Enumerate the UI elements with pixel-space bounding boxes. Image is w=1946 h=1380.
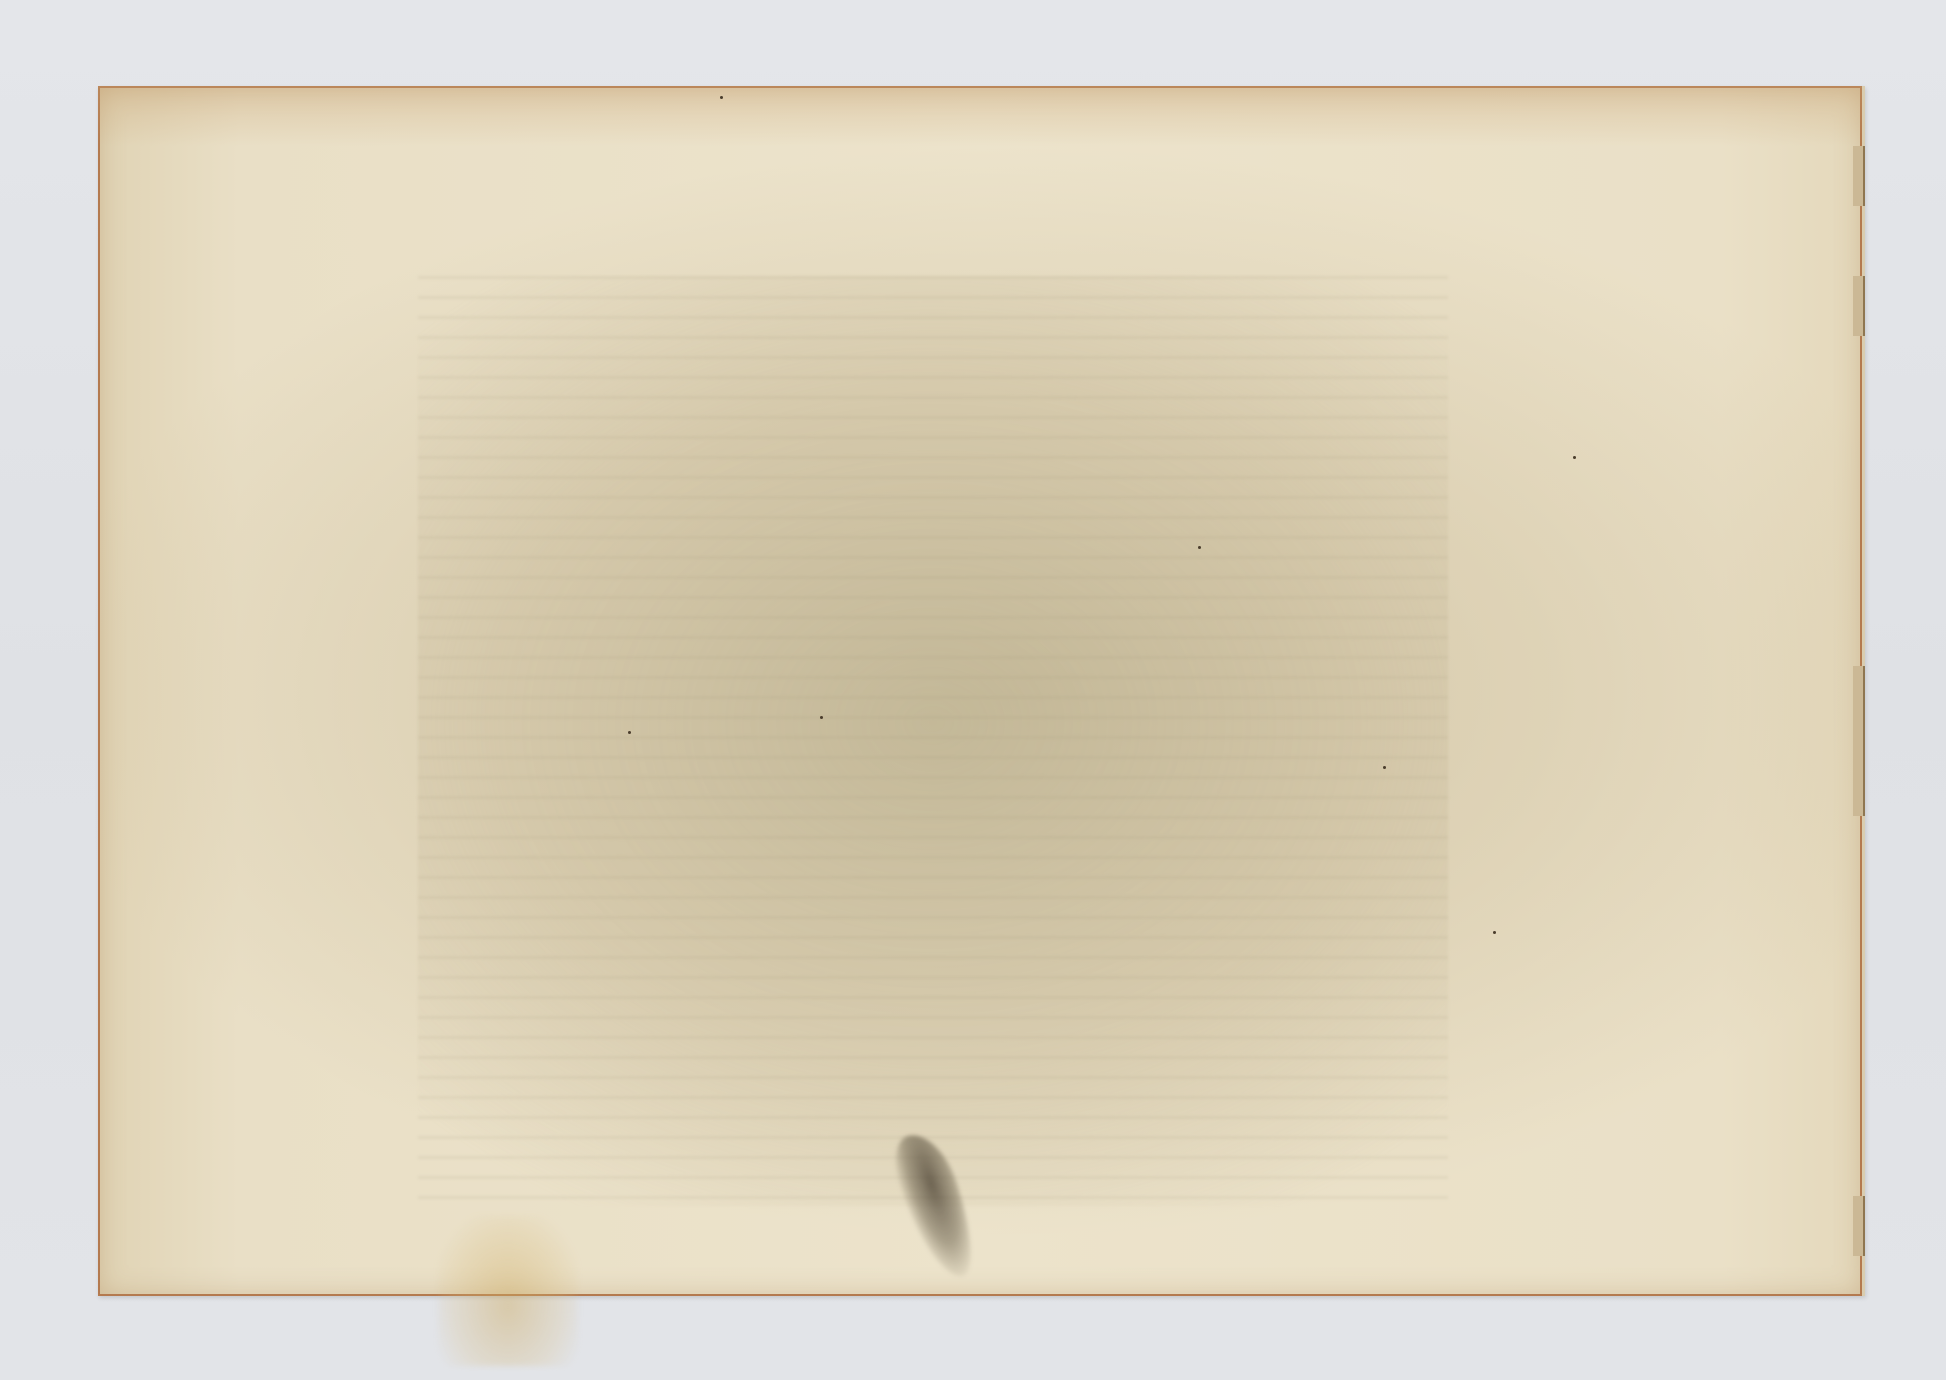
torn-edge xyxy=(1853,1196,1865,1256)
paper-sheet xyxy=(98,86,1865,1296)
speck xyxy=(628,731,631,734)
print-show-through xyxy=(418,276,1448,1206)
speck xyxy=(1383,766,1386,769)
torn-edge xyxy=(1853,146,1865,206)
speck xyxy=(1493,931,1496,934)
speck xyxy=(1198,546,1201,549)
torn-edge xyxy=(1853,666,1865,746)
torn-edge xyxy=(1853,276,1865,336)
speck xyxy=(1573,456,1576,459)
water-stain xyxy=(438,1216,578,1366)
photo-background xyxy=(0,0,1946,1380)
torn-edge xyxy=(1853,746,1865,816)
speck xyxy=(820,716,823,719)
speck xyxy=(720,96,723,99)
